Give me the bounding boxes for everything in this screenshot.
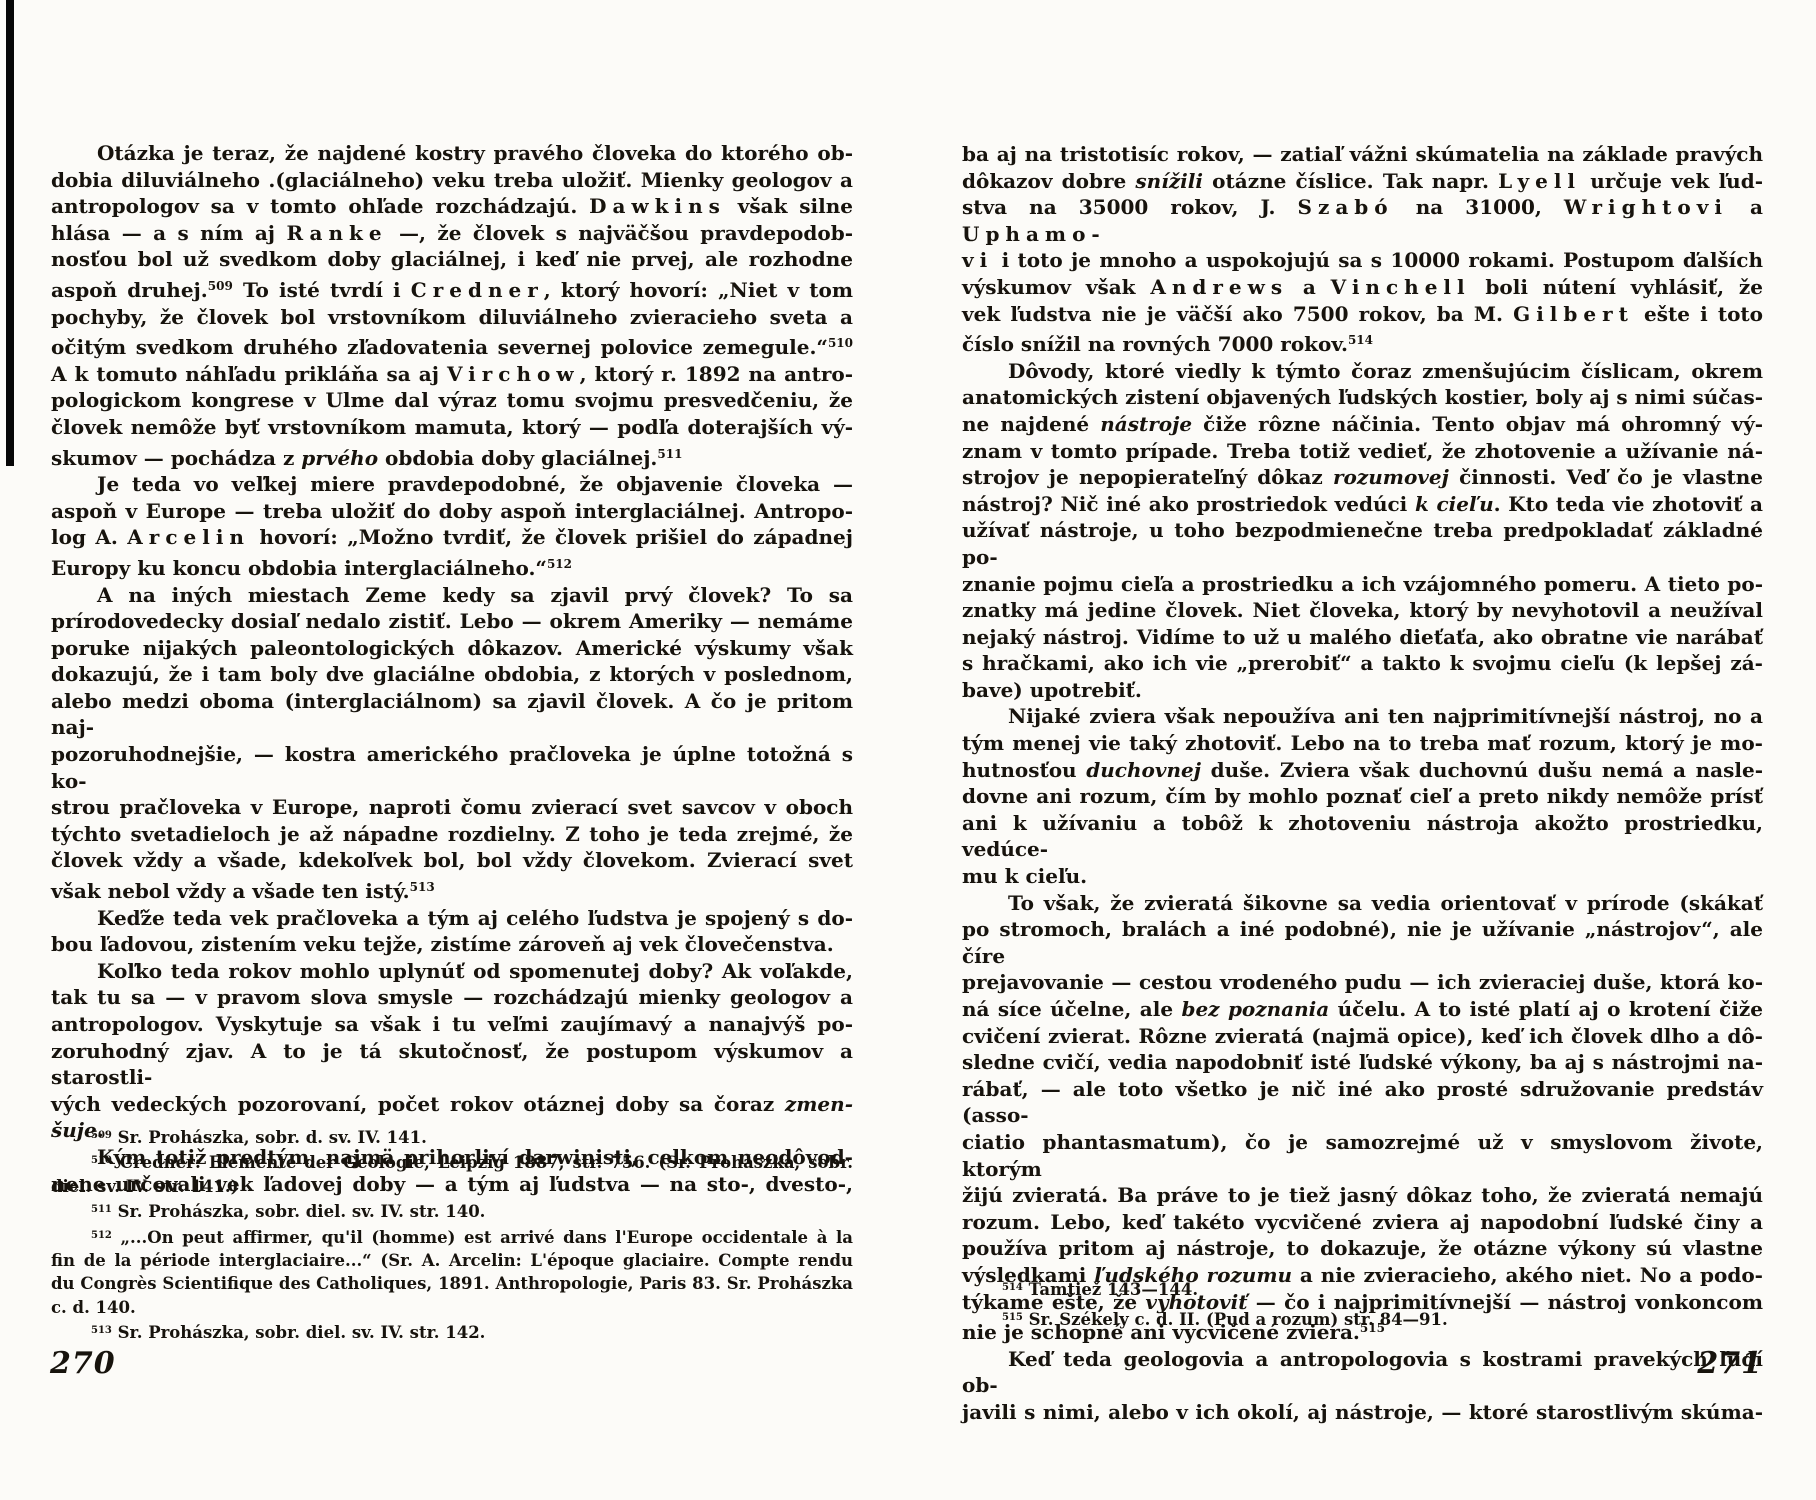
text-line: ciatio phantasmatum), čo je samozrejmé u…: [962, 1129, 1763, 1182]
text-run: Otázka je teraz, že najdené kostry pravé…: [97, 141, 853, 165]
text-run: očitým svedkom druhého zľadovatenia seve…: [51, 335, 828, 359]
footnote-line: 514 Tamtiež 143—144.: [962, 1274, 1763, 1304]
footnote-ref: 510: [91, 1155, 112, 1166]
text-line: nejaký nástroj. Vidíme to už u malého di…: [962, 624, 1763, 651]
text-run: zmen-: [785, 1092, 853, 1116]
text-run: zoruhodný zjav. A to je tá skutočnosť, ž…: [51, 1039, 853, 1090]
text-line: skumov — pochádza z prvého obdobia doby …: [51, 441, 853, 472]
text-line: tým menej vie taký zhotoviť. Lebo na to …: [962, 730, 1763, 757]
left-page-number: 270: [50, 1346, 116, 1381]
text-line: človek vždy a všade, kdekoľvek bol, bol …: [51, 847, 853, 874]
text-line: ná síce účelne, ale bez poznania účelu. …: [962, 996, 1763, 1023]
text-run: ešte i toto: [1634, 302, 1763, 326]
text-run: diel. sv. IV. str. 141.): [51, 1177, 238, 1196]
text-run: , ktorý r. 1892 na antro-: [580, 362, 853, 386]
footnote-ref: 512: [547, 557, 572, 571]
text-run: znatky má jedine človek. Niet človeka, k…: [962, 598, 1763, 622]
spaced-name: Arcelin: [127, 525, 250, 549]
text-run: Sr. Prohászka, sobr. diel. sv. IV. str. …: [112, 1323, 486, 1342]
text-run: Sr. Prohászka, sobr. d. sv. IV. 141.: [112, 1128, 427, 1147]
text-line: hutnosťou duchovnej duše. Zviera však du…: [962, 757, 1763, 784]
text-line: s hračkami, ako ich vie „prerobiť“ a tak…: [962, 650, 1763, 677]
text-line: vek ľudstva nie je väčší ako 7500 rokov,…: [962, 301, 1763, 328]
text-line: rábať, — ale toto všetko je nič iné ako …: [962, 1076, 1763, 1129]
footnote-ref: 514: [1002, 1282, 1023, 1293]
footnote-ref: 515: [1002, 1312, 1023, 1323]
right-page-body: ba aj na tristotisíc rokov, — zatiaľ váž…: [962, 141, 1763, 1426]
text-run: , ktorý hovorí: „Niet v tom: [544, 278, 853, 302]
text-line: znam v tomto prípade. Treba totiž vedieť…: [962, 438, 1763, 465]
text-line: znanie pojmu cieľa a prostriedku a ich v…: [962, 571, 1763, 598]
text-line: užívať nástroje, u toho bezpodmienečne t…: [962, 517, 1763, 570]
text-run: Koľko teda rokov mohlo uplynúť od spomen…: [97, 959, 853, 983]
text-run: nosťou bol už svedkom doby glaciálnej, i…: [51, 247, 853, 271]
text-line: pologickom kongrese v Ulme dal výraz tom…: [51, 387, 853, 414]
text-run: výskumov však: [962, 275, 1150, 299]
text-run: ani k užívaniu a tobôž k zhotoveniu nást…: [962, 811, 1763, 862]
footnote-ref: 513: [91, 1325, 112, 1336]
footnote-line: diel. sv. IV. str. 141.): [51, 1175, 853, 1198]
spaced-name: Vinchell: [1331, 275, 1471, 299]
text-line: mu k cieľu.: [962, 863, 1763, 890]
spaced-name: Dawkins: [589, 194, 726, 218]
text-run: rozum. Lebo, keď takéto vycvičené zviera…: [962, 1210, 1763, 1234]
text-line: ne najdené nástroje čiže rôzne náčinia. …: [962, 411, 1763, 438]
text-run: nejaký nástroj. Vidíme to už u malého di…: [962, 625, 1763, 649]
footnote-line: fin de la période interglaciaire...“ (Sr…: [51, 1249, 853, 1272]
text-run: pologickom kongrese v Ulme dal výraz tom…: [51, 388, 853, 412]
text-run: A k tomuto náhľadu prikláňa sa aj: [51, 362, 447, 386]
footnote-ref: 512: [91, 1230, 112, 1241]
text-line: číslo snížil na rovných 7000 rokov.514: [962, 327, 1763, 358]
text-run: a: [1728, 195, 1763, 219]
text-run: týchto svetadieloch je až nápadne rozdie…: [51, 822, 853, 846]
text-line: zoruhodný zjav. A to je tá skutočnosť, ž…: [51, 1038, 853, 1091]
text-line: človek nemôže byť vrstovníkom mamuta, kt…: [51, 414, 853, 441]
text-run: boli nútení vyhlásiť, že: [1471, 275, 1763, 299]
text-line: tak tu sa — v pravom slova smysle — rozc…: [51, 984, 853, 1011]
footnote-line: 515 Sr. Székely c. d. II. (Pud a rozum) …: [962, 1304, 1763, 1334]
text-line: javili s nimi, alebo v ich okolí, aj nás…: [962, 1399, 1763, 1426]
text-line: antropologov sa v tomto ohľade rozchádza…: [51, 193, 853, 220]
text-run: k cieľu: [1415, 492, 1494, 516]
text-line: A k tomuto náhľadu prikláňa sa aj Vircho…: [51, 361, 853, 388]
text-line: Koľko teda rokov mohlo uplynúť od spomen…: [51, 958, 853, 985]
text-line: Keďže teda vek pračloveka a tým aj celéh…: [51, 905, 853, 932]
text-run: tým menej vie taký zhotoviť. Lebo na to …: [962, 731, 1763, 755]
text-run: dokazujú, že i tam boly dve glaciálne ob…: [51, 662, 853, 686]
spaced-name: Andrews: [1150, 275, 1288, 299]
text-run: hlása — a s ním aj: [51, 221, 286, 245]
text-run: číslo snížil na rovných 7000 rokov.: [962, 332, 1348, 356]
footnote-line: 509 Sr. Prohászka, sobr. d. sv. IV. 141.: [51, 1124, 853, 1149]
text-line: nosťou bol už svedkom doby glaciálnej, i…: [51, 246, 853, 273]
spaced-name: Szabó: [1298, 195, 1394, 219]
text-run: Nijaké zviera však nepoužíva ani ten naj…: [1008, 704, 1763, 728]
footnote-line: 512 „...On peut affirmer, qu'il (homme) …: [51, 1224, 853, 1249]
text-run: znam v tomto prípade. Treba totiž vedieť…: [962, 439, 1763, 463]
text-line: týchto svetadieloch je až nápadne rozdie…: [51, 821, 853, 848]
text-run: antropologov sa v tomto ohľade rozchádza…: [51, 194, 589, 218]
text-run: nástroje: [1100, 412, 1192, 436]
text-line: dovne ani rozum, čím by mohlo poznať cie…: [962, 783, 1763, 810]
text-line: dobia diluviálneho .(glaciálneho) veku t…: [51, 167, 853, 194]
text-line: aspoň v Europe — treba uložiť do doby as…: [51, 498, 853, 525]
text-line: vi i toto je mnoho a uspokojujú sa s 100…: [962, 247, 1763, 274]
left-page-footnotes: 509 Sr. Prohászka, sobr. d. sv. IV. 141.…: [51, 1124, 853, 1345]
footnote-line: 511 Sr. Prohászka, sobr. diel. sv. IV. s…: [51, 1198, 853, 1223]
footnote-line: du Congrès Scientifique des Catholiques,…: [51, 1272, 853, 1295]
text-line: ani k užívaniu a tobôž k zhotoveniu nást…: [962, 810, 1763, 863]
text-run: pozoruhodnejšie, — kostra amerického pra…: [51, 742, 853, 793]
text-line: prírodovedecky dosiaľ nedalo zistiť. Leb…: [51, 608, 853, 635]
text-run: Je teda vo veľkej miere pravdepodobné, ž…: [97, 472, 853, 496]
text-line: strojov je nepopierateľný dôkaz rozumove…: [962, 464, 1763, 491]
text-run: však silne: [726, 194, 853, 218]
text-run: znanie pojmu cieľa a prostriedku a ich v…: [962, 572, 1763, 596]
text-line: používa pritom aj nástroje, to dokazuje,…: [962, 1235, 1763, 1262]
text-run: du Congrès Scientifique des Catholiques,…: [51, 1274, 853, 1293]
text-run: Sr. Prohászka, sobr. diel. sv. IV. str. …: [112, 1202, 486, 1221]
text-run: rozumovej: [1333, 465, 1449, 489]
text-run: obdobia doby glaciálnej.: [378, 446, 657, 470]
text-run: vých vedeckých pozorovaní, počet rokov o…: [51, 1092, 785, 1116]
text-run: anatomických zistení objavených ľudských…: [962, 385, 1763, 409]
text-run: javili s nimi, alebo v ich okolí, aj nás…: [962, 1400, 1763, 1424]
left-page-body: Otázka je teraz, že najdené kostry pravé…: [51, 140, 853, 1197]
text-line: Nijaké zviera však nepoužíva ani ten naj…: [962, 703, 1763, 730]
text-run: nástroj? Nič iné ako prostriedok vedúci: [962, 492, 1415, 516]
text-run: fin de la période interglaciaire...“ (Sr…: [51, 1251, 853, 1270]
spaced-name: vi: [962, 248, 993, 272]
text-run: dovne ani rozum, čím by mohlo poznať cie…: [962, 784, 1763, 808]
text-run: aspoň v Europe — treba uložiť do doby as…: [51, 499, 853, 523]
text-run: sledne cvičí, vedia napodobniť isté ľuds…: [962, 1050, 1763, 1074]
text-run: ba aj na tristotisíc rokov, — zatiaľ váž…: [962, 142, 1763, 166]
text-line: dôkazov dobre snížili otázne číslice. Ta…: [962, 168, 1763, 195]
text-line: bave) upotrebiť.: [962, 677, 1763, 704]
footnote-line: 513 Sr. Prohászka, sobr. diel. sv. IV. s…: [51, 1319, 853, 1344]
text-run: log A.: [51, 525, 127, 549]
text-run: Credner: Elemente der Geologie, Leipzig …: [112, 1153, 853, 1172]
text-run: žijú zvieratá. Ba práve to je tiež jasný…: [962, 1183, 1763, 1207]
text-run: To však, že zvieratá šikovne sa vedia or…: [1008, 891, 1763, 915]
spaced-name: Virchow: [447, 362, 580, 386]
spaced-name: Gilbert: [1513, 302, 1634, 326]
text-line: sledne cvičí, vedia napodobniť isté ľuds…: [962, 1049, 1763, 1076]
text-run: určuje vek ľud-: [1581, 169, 1763, 193]
text-run: mu k cieľu.: [962, 864, 1087, 888]
text-line: očitým svedkom druhého zľadovatenia seve…: [51, 330, 853, 361]
text-run: prírodovedecky dosiaľ nedalo zistiť. Leb…: [51, 609, 853, 633]
text-run: aspoň druhej.: [51, 278, 208, 302]
text-run: účelu. A to isté platí aj o krotení čiže: [1329, 997, 1763, 1021]
text-run: rábať, — ale toto všetko je nič iné ako …: [962, 1077, 1763, 1128]
text-line: stva na 35000 rokov, J. Szabó na 31000, …: [962, 194, 1763, 247]
text-line: Europy ku koncu obdobia interglaciálneho…: [51, 551, 853, 582]
text-run: vek ľudstva nie je väčší ako 7500 rokov,…: [962, 302, 1513, 326]
text-run: c. d. 140.: [51, 1298, 136, 1317]
spaced-name: Lyell: [1498, 169, 1581, 193]
text-line: Je teda vo veľkej miere pravdepodobné, ž…: [51, 471, 853, 498]
text-line: bou ľadovou, zistením veku tejže, zistím…: [51, 931, 853, 958]
text-run: To isté tvrdí i: [233, 278, 411, 302]
text-run: prvého: [301, 446, 378, 470]
text-run: . Kto teda vie zhotoviť a: [1494, 492, 1763, 516]
text-run: užívať nástroje, u toho bezpodmienečne t…: [962, 518, 1763, 569]
text-line: antropologov. Vyskytuje sa však i tu veľ…: [51, 1011, 853, 1038]
text-run: však nebol vždy a všade ten istý.: [51, 879, 410, 903]
text-run: bez poznania: [1181, 997, 1329, 1021]
scan-edge-artifact: [6, 0, 14, 466]
text-run: dobia diluviálneho .(glaciálneho) veku t…: [51, 168, 853, 192]
text-line: aspoň druhej.509 To isté tvrdí i Credner…: [51, 273, 853, 304]
right-page-number: 271: [962, 1346, 1763, 1381]
text-line: vých vedeckých pozorovaní, počet rokov o…: [51, 1091, 853, 1118]
text-line: žijú zvieratá. Ba práve to je tiež jasný…: [962, 1182, 1763, 1209]
text-run: alebo medzi oboma (interglaciálnom) sa z…: [51, 689, 853, 740]
text-run: antropologov. Vyskytuje sa však i tu veľ…: [51, 1012, 853, 1036]
text-line: znatky má jedine človek. Niet človeka, k…: [962, 597, 1763, 624]
text-line: log A. Arcelin hovorí: „Možno tvrdiť, že…: [51, 524, 853, 551]
text-run: používa pritom aj nástroje, to dokazuje,…: [962, 1236, 1763, 1260]
text-run: po stromoch, bralách a iné podobné), nie…: [962, 917, 1763, 968]
text-run: ná síce účelne, ale: [962, 997, 1181, 1021]
text-line: A na iných miestach Zeme kedy sa zjavil …: [51, 582, 853, 609]
text-line: výskumov však Andrews a Vinchell boli nú…: [962, 274, 1763, 301]
text-run: Dôvody, ktoré viedly k týmto čoraz zmenš…: [1008, 359, 1763, 383]
spaced-name: Wrightovi: [1564, 195, 1728, 219]
text-line: nástroj? Nič iné ako prostriedok vedúci …: [962, 491, 1763, 518]
spaced-name: Uphamo-: [962, 222, 1106, 246]
footnote-ref: 510: [828, 336, 853, 350]
text-run: pochyby, že človek bol vrstovníkom diluv…: [51, 305, 853, 329]
footnote-ref: 511: [91, 1204, 112, 1215]
text-run: ne najdené: [962, 412, 1100, 436]
text-run: poruke nijakých paleontologických dôkazo…: [51, 636, 853, 660]
text-run: bave) upotrebiť.: [962, 678, 1142, 702]
text-line: rozum. Lebo, keď takéto vycvičené zviera…: [962, 1209, 1763, 1236]
text-run: i toto je mnoho a uspokojujú sa s 10000 …: [993, 248, 1763, 272]
text-run: Europy ku koncu obdobia interglaciálneho…: [51, 556, 547, 580]
footnote-line: c. d. 140.: [51, 1296, 853, 1319]
text-run: skumov — pochádza z: [51, 446, 301, 470]
text-line: To však, že zvieratá šikovne sa vedia or…: [962, 890, 1763, 917]
text-line: však nebol vždy a všade ten istý.513: [51, 874, 853, 905]
text-run: cvičení zvierat. Rôzne zvieratá (najmä o…: [962, 1024, 1763, 1048]
text-run: Sr. Székely c. d. II. (Pud a rozum) str.…: [1023, 1310, 1448, 1329]
spaced-name: Credner: [411, 278, 544, 302]
text-line: hlása — a s ním aj Ranke —, že človek s …: [51, 220, 853, 247]
text-run: strojov je nepopierateľný dôkaz: [962, 465, 1333, 489]
text-line: Dôvody, ktoré viedly k týmto čoraz zmenš…: [962, 358, 1763, 385]
text-run: činnosti. Veď čo je vlastne: [1449, 465, 1763, 489]
text-run: hutnosťou: [962, 758, 1086, 782]
text-run: A na iných miestach Zeme kedy sa zjavil …: [97, 583, 853, 607]
text-line: strou pračloveka v Europe, naproti čomu …: [51, 794, 853, 821]
text-run: a: [1288, 275, 1331, 299]
text-run: otázne číslice. Tak napr.: [1203, 169, 1498, 193]
text-run: strou pračloveka v Europe, naproti čomu …: [51, 795, 853, 819]
text-run: dôkazov dobre: [962, 169, 1135, 193]
text-line: anatomických zistení objavených ľudských…: [962, 384, 1763, 411]
text-run: —, že človek s najväčšou pravdepodob-: [388, 221, 853, 245]
text-run: Keďže teda vek pračloveka a tým aj celéh…: [97, 906, 853, 930]
text-line: dokazujú, že i tam boly dve glaciálne ob…: [51, 661, 853, 688]
text-line: ba aj na tristotisíc rokov, — zatiaľ váž…: [962, 141, 1763, 168]
text-run: človek nemôže byť vrstovníkom mamuta, kt…: [51, 415, 853, 439]
text-run: s hračkami, ako ich vie „prerobiť“ a tak…: [962, 651, 1763, 675]
text-run: duchovnej: [1086, 758, 1201, 782]
text-run: snížili: [1135, 169, 1203, 193]
footnote-ref: 509: [91, 1130, 112, 1141]
text-run: prejavovanie — cestou vrodeného pudu — i…: [962, 970, 1763, 994]
text-run: človek vždy a všade, kdekoľvek bol, bol …: [51, 848, 853, 872]
text-run: stva na 35000 rokov, J.: [962, 195, 1298, 219]
text-line: pochyby, že človek bol vrstovníkom diluv…: [51, 304, 853, 331]
footnote-line: 510 Credner: Elemente der Geologie, Leip…: [51, 1149, 853, 1174]
footnote-ref: 514: [1348, 333, 1373, 347]
text-run: tak tu sa — v pravom slova smysle — rozc…: [51, 985, 853, 1009]
text-run: duše. Zviera však duchovnú dušu nemá a n…: [1201, 758, 1763, 782]
footnote-ref: 513: [410, 880, 435, 894]
right-page-footnotes: 514 Tamtiež 143—144.515 Sr. Székely c. d…: [962, 1274, 1763, 1334]
text-run: „...On peut affirmer, qu'il (homme) est …: [112, 1228, 853, 1247]
footnote-ref: 511: [657, 447, 682, 461]
text-run: na 31000,: [1394, 195, 1564, 219]
text-run: hovorí: „Možno tvrdiť, že človek prišiel…: [250, 525, 853, 549]
text-run: Tamtiež 143—144.: [1023, 1280, 1198, 1299]
text-line: Otázka je teraz, že najdené kostry pravé…: [51, 140, 853, 167]
text-line: alebo medzi oboma (interglaciálnom) sa z…: [51, 688, 853, 741]
text-run: ciatio phantasmatum), čo je samozrejmé u…: [962, 1130, 1763, 1181]
text-run: bou ľadovou, zistením veku tejže, zistím…: [51, 932, 834, 956]
spaced-name: Ranke: [286, 221, 387, 245]
text-line: poruke nijakých paleontologických dôkazo…: [51, 635, 853, 662]
text-line: pozoruhodnejšie, — kostra amerického pra…: [51, 741, 853, 794]
text-line: prejavovanie — cestou vrodeného pudu — i…: [962, 969, 1763, 996]
text-run: čiže rôzne náčinia. Tento objav má ohrom…: [1192, 412, 1763, 436]
footnote-ref: 509: [208, 279, 233, 293]
text-line: po stromoch, bralách a iné podobné), nie…: [962, 916, 1763, 969]
text-line: cvičení zvierat. Rôzne zvieratá (najmä o…: [962, 1023, 1763, 1050]
